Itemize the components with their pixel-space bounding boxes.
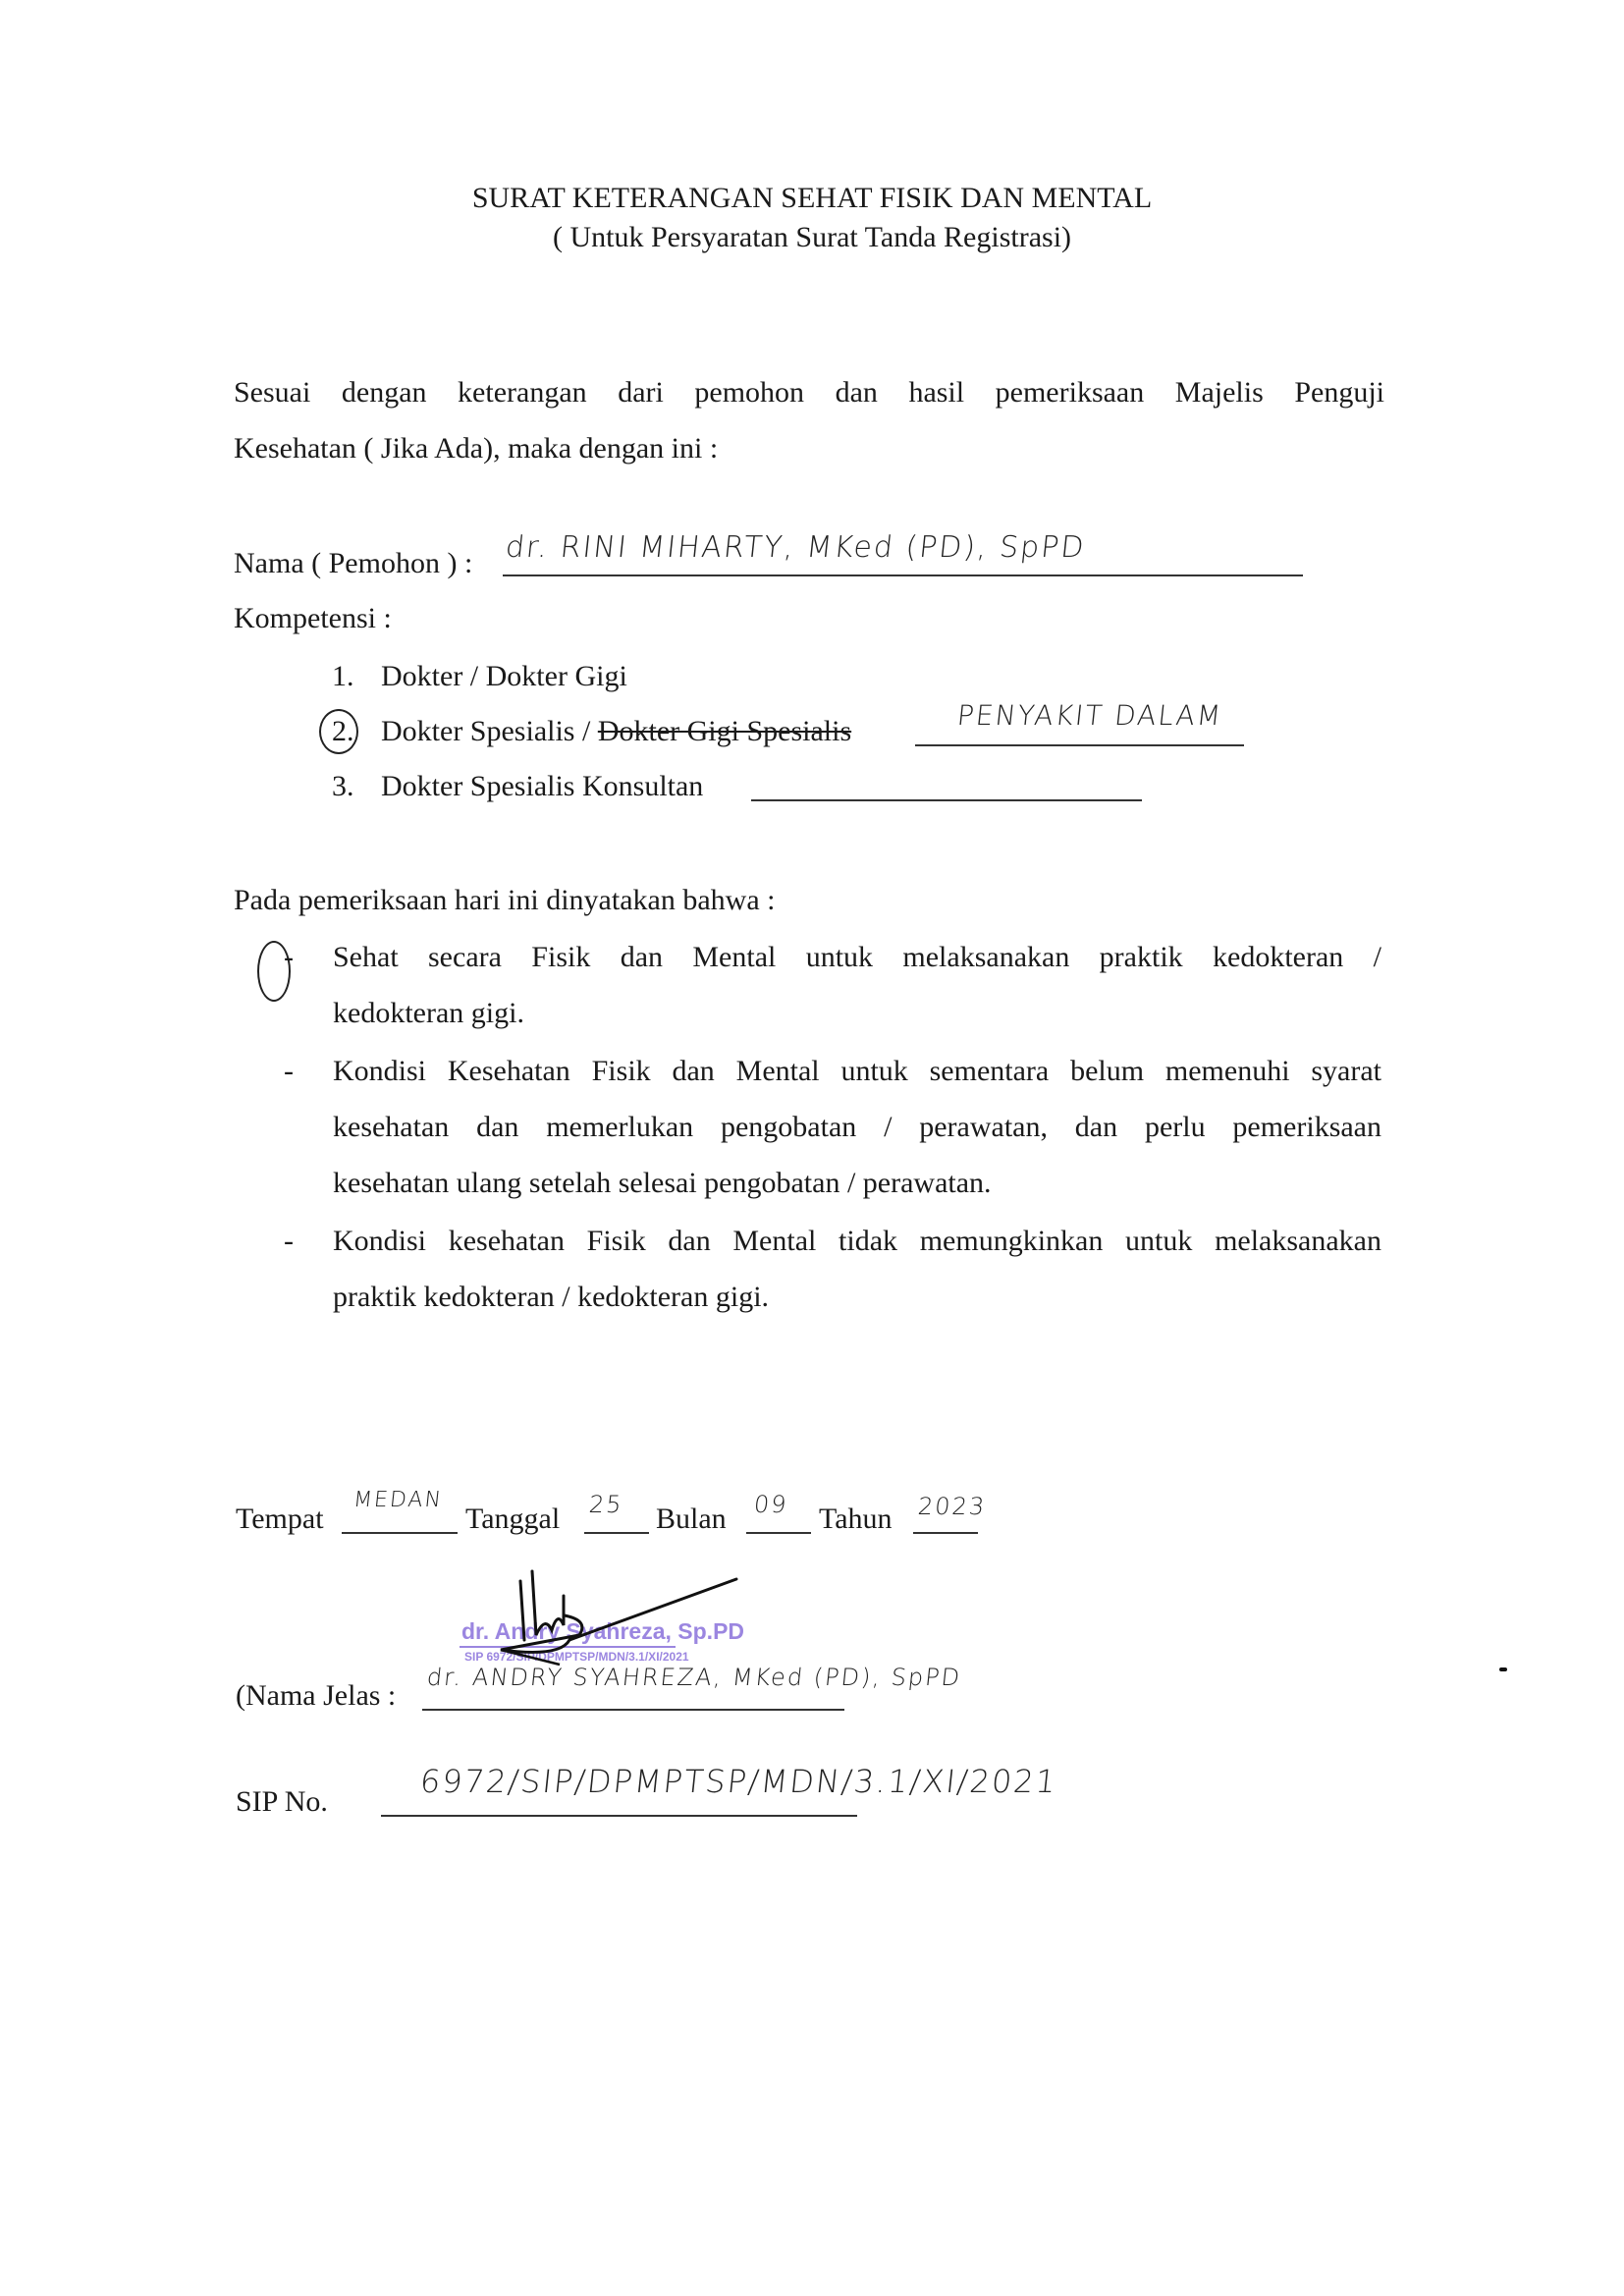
intro-line-1: Sesuai dengan keterangan dari pemohon da… <box>234 376 1384 410</box>
tanggal-label: Tanggal <box>465 1503 560 1536</box>
tahun-label: Tahun <box>819 1503 893 1536</box>
konsultan-underline <box>751 799 1142 801</box>
kompetensi-num-1: 1. <box>332 660 354 693</box>
kompetensi-item-3[interactable]: Dokter Spesialis Konsultan <box>381 770 703 803</box>
document-title: SURAT KETERANGAN SEHAT FISIK DAN MENTAL <box>0 182 1624 215</box>
kompetensi-item-2[interactable]: Dokter Spesialis / Dokter Gigi Spesialis <box>381 715 851 748</box>
statement-3-line-2: praktik kedokteran / kedokteran gigi. <box>333 1281 769 1314</box>
tempat-underline <box>342 1532 458 1534</box>
nama-jelas-underline <box>422 1709 844 1711</box>
intro-line-2: Kesehatan ( Jika Ada), maka dengan ini : <box>234 432 718 465</box>
kompetensi-label: Kompetensi : <box>234 602 392 635</box>
signature-icon <box>442 1542 776 1669</box>
nama-jelas-label: (Nama Jelas : <box>236 1679 396 1713</box>
pemeriksaan-label: Pada pemeriksaan hari ini dinyatakan bah… <box>234 884 775 917</box>
scan-mark <box>1499 1667 1507 1671</box>
kompetensi-item-1[interactable]: Dokter / Dokter Gigi <box>381 660 627 693</box>
nama-jelas-value[interactable]: dr. ANDRY SYAHREZA, MKed (PD), SpPD <box>426 1664 963 1691</box>
statement-2-line-3: kesehatan ulang setelah selesai pengobat… <box>333 1167 992 1200</box>
nama-label: Nama ( Pemohon ) : <box>234 547 472 580</box>
tahun-value[interactable]: 2023 <box>917 1493 988 1520</box>
nama-underline <box>503 574 1303 576</box>
document-subtitle: ( Untuk Persyaratan Surat Tanda Registra… <box>0 221 1624 254</box>
statement-1-line-2: kedokteran gigi. <box>333 997 524 1030</box>
statement-1-line-1[interactable]: Sehat secara Fisik dan Mental untuk mela… <box>333 941 1381 974</box>
kompetensi-num-3: 3. <box>332 770 354 803</box>
kompetensi-num-2: 2. <box>332 715 354 748</box>
statement-2-line-1[interactable]: Kondisi Kesehatan Fisik dan Mental untuk… <box>333 1055 1381 1088</box>
statement-1-bullet: - <box>284 941 294 974</box>
sip-label: SIP No. <box>236 1785 328 1819</box>
tanggal-value[interactable]: 25 <box>588 1491 624 1518</box>
spesialis-underline <box>915 744 1244 746</box>
statement-2-line-2: kesehatan dan memerlukan pengobatan / pe… <box>333 1111 1381 1144</box>
statement-2-bullet: - <box>284 1055 294 1088</box>
bulan-label: Bulan <box>656 1503 727 1536</box>
bulan-value[interactable]: 09 <box>753 1491 789 1518</box>
sip-value[interactable]: 6972/SIP/DPMPTSP/MDN/3.1/XI/2021 <box>418 1763 1059 1800</box>
kompetensi-item-2-struck: Dokter Gigi Spesialis <box>598 715 851 747</box>
statement-3-line-1[interactable]: Kondisi kesehatan Fisik dan Mental tidak… <box>333 1225 1381 1258</box>
statement-3-bullet: - <box>284 1225 294 1258</box>
nama-value[interactable]: dr. RINI MIHARTY, MKed (PD), SpPD <box>504 530 1087 565</box>
bulan-underline <box>746 1532 811 1534</box>
kompetensi-item-2-text: Dokter Spesialis / <box>381 715 598 747</box>
tahun-underline <box>913 1532 978 1534</box>
tempat-value[interactable]: MEDAN <box>352 1488 445 1512</box>
tempat-label: Tempat <box>236 1503 324 1536</box>
tanggal-underline <box>584 1532 649 1534</box>
sip-underline <box>381 1815 857 1817</box>
spesialis-value[interactable]: PENYAKIT DALAM <box>955 699 1223 732</box>
